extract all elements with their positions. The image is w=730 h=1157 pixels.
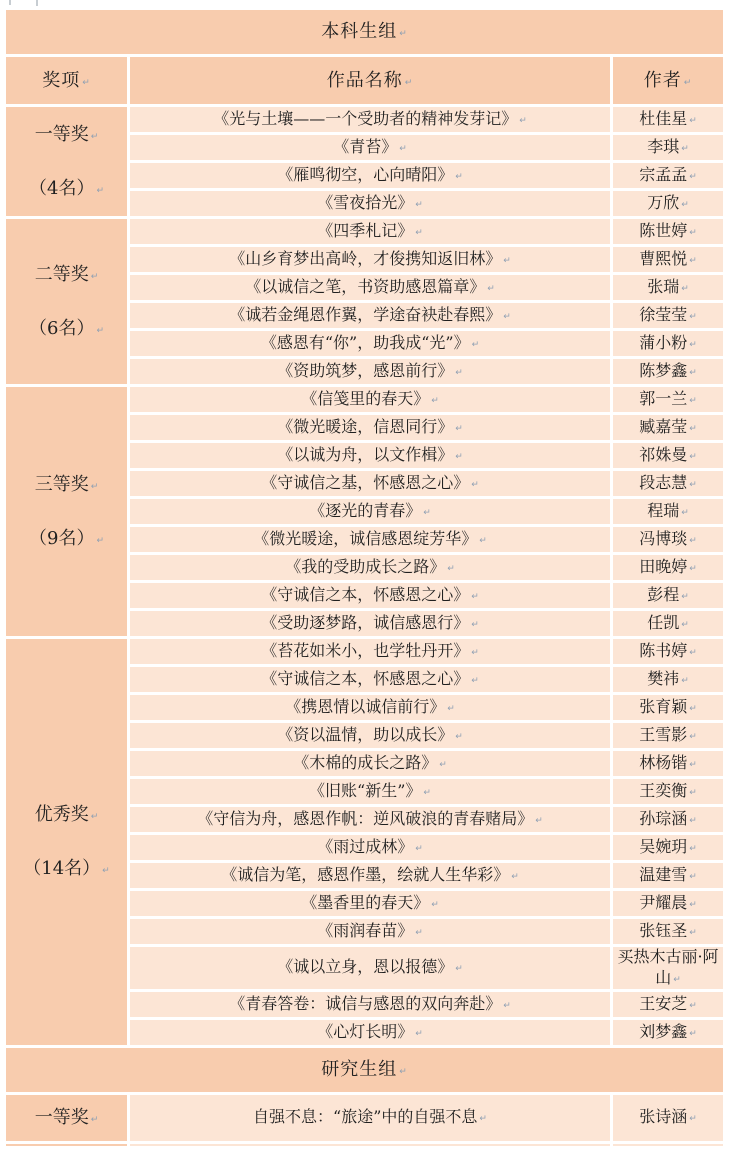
author-name: 樊祎 <box>647 669 679 688</box>
author-cell: 樊祎↵ <box>612 666 725 694</box>
end-of-cell-mark: ↵ <box>689 368 697 380</box>
author-cell: 蒲小粉↵ <box>612 330 725 358</box>
work-title-cell: 《资以温情，助以成长》↵ <box>129 722 612 750</box>
work-title: 《守诚信之本，怀感恩之心》 <box>261 585 469 604</box>
cutoff-next-row <box>5 1142 725 1146</box>
end-of-cell-mark: ↵ <box>91 1115 99 1127</box>
end-of-cell-mark: ↵ <box>471 676 479 688</box>
work-title: 《信笺里的春天》 <box>301 389 429 408</box>
author-cell: 杜佳星↵ <box>612 106 725 134</box>
work-title: 《雪夜拾光》 <box>317 193 413 212</box>
author-cell: 刘梦鑫↵ <box>612 1018 725 1046</box>
end-of-cell-mark: ↵ <box>689 704 697 716</box>
end-of-cell-mark: ↵ <box>673 975 681 987</box>
award-count: （6名）↵ <box>6 317 127 340</box>
work-title-cell: 《信笺里的春天》↵ <box>129 386 612 414</box>
end-of-cell-mark: ↵ <box>689 732 697 744</box>
group-band-graduate: 研究生组↵ <box>5 1046 725 1093</box>
work-title: 《受助逐梦路，诚信感恩行》 <box>261 613 469 632</box>
work-title-cell: 《光与土壤——一个受助者的精神发芽记》↵ <box>129 106 612 134</box>
end-of-cell-mark: ↵ <box>689 928 697 940</box>
table-row: 一等奖↵自强不息：“旅途”中的自强不息↵张诗涵↵ <box>5 1093 725 1142</box>
author-cell: 田晚婷↵ <box>612 554 725 582</box>
end-of-cell-mark: ↵ <box>511 872 519 884</box>
work-title: 《我的受助成长之路》 <box>285 557 445 576</box>
end-of-cell-mark: ↵ <box>503 312 511 324</box>
end-of-cell-mark: ↵ <box>423 788 431 800</box>
end-of-cell-mark: ↵ <box>455 732 463 744</box>
end-of-cell-mark: ↵ <box>415 228 423 240</box>
work-title: 《携恩情以诚信前行》 <box>285 697 445 716</box>
work-title-cell: 《守诚信之本，怀感恩之心》↵ <box>129 582 612 610</box>
author-cell: 王奕衡↵ <box>612 778 725 806</box>
author-name: 张诗涵 <box>639 1107 687 1126</box>
award-label: 三等奖↵ <box>6 473 127 496</box>
end-of-cell-mark: ↵ <box>102 866 110 878</box>
end-of-cell-mark: ↵ <box>447 704 455 716</box>
author-cell: 程瑞↵ <box>612 498 725 526</box>
cutoff-title-cell <box>129 1142 612 1146</box>
work-title: 《青苔》 <box>333 137 397 156</box>
end-of-cell-mark: ↵ <box>681 592 689 604</box>
author-name: 臧嘉莹 <box>639 417 687 436</box>
end-of-cell-mark: ↵ <box>681 620 689 632</box>
end-of-cell-mark: ↵ <box>479 1114 487 1126</box>
author-name: 宗孟孟 <box>639 165 687 184</box>
end-of-cell-mark: ↵ <box>455 452 463 464</box>
end-of-cell-mark: ↵ <box>689 116 697 128</box>
work-title-cell: 《诚信为笔，感恩作墨，绘就人生华彩》↵ <box>129 862 612 890</box>
work-title: 《诚以立身，恩以报德》 <box>277 957 453 976</box>
work-title-cell: 《雁鸣彻空，心向晴阳》↵ <box>129 162 612 190</box>
work-title-cell: 《守信为舟，感恩作帆：逆风破浪的青春赌局》↵ <box>129 806 612 834</box>
band-label: 研究生组 <box>321 1059 397 1080</box>
author-cell: 张育颖↵ <box>612 694 725 722</box>
author-name: 陈梦鑫 <box>639 361 687 380</box>
work-title-cell: 《墨香里的春天》↵ <box>129 890 612 918</box>
work-title-cell: 《四季札记》↵ <box>129 218 612 246</box>
work-title-cell: 《携恩情以诚信前行》↵ <box>129 694 612 722</box>
author-name: 吴婉玥 <box>639 837 687 856</box>
end-of-cell-mark: ↵ <box>689 1029 697 1041</box>
work-title: 《微光暖途，信恩同行》 <box>277 417 453 436</box>
end-of-cell-mark: ↵ <box>689 816 697 828</box>
author-cell: 林杨锴↵ <box>612 750 725 778</box>
end-of-cell-mark: ↵ <box>689 900 697 912</box>
end-of-cell-mark: ↵ <box>681 144 689 156</box>
author-cell: 买热木古丽·阿山↵ <box>612 946 725 991</box>
author-cell: 张钰圣↵ <box>612 918 725 946</box>
end-of-cell-mark: ↵ <box>472 340 480 352</box>
end-of-cell-mark: ↵ <box>399 29 408 41</box>
author-name: 张育颖 <box>639 697 687 716</box>
end-of-cell-mark: ↵ <box>82 78 91 90</box>
author-name: 任凯 <box>647 613 679 632</box>
author-cell: 宗孟孟↵ <box>612 162 725 190</box>
work-title: 《旧账“新生”》 <box>309 781 421 800</box>
work-title: 《守诚信之本，怀感恩之心》 <box>261 669 469 688</box>
end-of-cell-mark: ↵ <box>399 144 407 156</box>
work-title-cell: 《旧账“新生”》↵ <box>129 778 612 806</box>
author-cell: 孙琮涵↵ <box>612 806 725 834</box>
end-of-cell-mark: ↵ <box>455 368 463 380</box>
work-title: 《雨过成林》 <box>317 837 413 856</box>
author-name: 曹熙悦 <box>639 249 687 268</box>
award-label: 一等奖↵ <box>6 1106 127 1129</box>
author-cell: 陈世婷↵ <box>612 218 725 246</box>
end-of-cell-mark: ↵ <box>415 928 423 940</box>
end-of-cell-mark: ↵ <box>689 872 697 884</box>
author-name: 陈世婷 <box>639 221 687 240</box>
author-name: 张钰圣 <box>639 921 687 940</box>
author-name: 李琪 <box>647 137 679 156</box>
author-cell: 彭程↵ <box>612 582 725 610</box>
author-name: 段志慧 <box>639 473 687 492</box>
work-title-cell: 《苔花如米小，也学牡丹开》↵ <box>129 638 612 666</box>
author-cell: 徐莹莹↵ <box>612 302 725 330</box>
end-of-cell-mark: ↵ <box>487 284 495 296</box>
work-title: 《山乡育梦出高岭，才俊携知返旧林》 <box>229 249 501 268</box>
author-cell: 郭一兰↵ <box>612 386 725 414</box>
work-title-cell: 《资助筑梦，感恩前行》↵ <box>129 358 612 386</box>
award-count: （9名）↵ <box>6 527 127 550</box>
end-of-cell-mark: ↵ <box>689 480 697 492</box>
end-of-cell-mark: ↵ <box>96 186 104 198</box>
end-of-cell-mark: ↵ <box>415 844 423 856</box>
band-label: 本科生组 <box>321 21 397 42</box>
work-title-cell: 《雨过成林》↵ <box>129 834 612 862</box>
table-row: 二等奖↵（6名）↵《四季札记》↵陈世婷↵ <box>5 218 725 246</box>
end-of-cell-mark: ↵ <box>689 536 697 548</box>
end-of-cell-mark: ↵ <box>689 228 697 240</box>
work-title: 《雁鸣彻空，心向晴阳》 <box>277 165 453 184</box>
work-title-cell: 《青春答卷：诚信与感恩的双向奔赴》↵ <box>129 990 612 1018</box>
group-band-undergrad: 本科生组↵ <box>5 9 725 56</box>
table-row: 优秀奖↵（14名）↵《苔花如米小，也学牡丹开》↵陈书婷↵ <box>5 638 725 666</box>
end-of-cell-mark: ↵ <box>455 172 463 184</box>
author-name: 万欣 <box>647 193 679 212</box>
work-title: 《墨香里的春天》 <box>301 893 429 912</box>
award-cell: 三等奖↵（9名）↵ <box>5 386 129 638</box>
work-title-cell: 《雨润春苗》↵ <box>129 918 612 946</box>
award-cell: 一等奖↵（4名）↵ <box>5 106 129 218</box>
work-title: 《诚信为笔，感恩作墨，绘就人生华彩》 <box>221 865 509 884</box>
end-of-cell-mark: ↵ <box>91 482 99 494</box>
award-label: 二等奖↵ <box>6 263 127 286</box>
work-title: 《逐光的青春》 <box>309 501 421 520</box>
table-row: 三等奖↵（9名）↵《信笺里的春天》↵郭一兰↵ <box>5 386 725 414</box>
work-title: 《心灯长明》 <box>317 1022 413 1041</box>
work-title: 《微光暖途，诚信感恩绽芳华》 <box>253 529 477 548</box>
work-title-cell: 《山乡育梦出高岭，才俊携知返旧林》↵ <box>129 246 612 274</box>
end-of-cell-mark: ↵ <box>439 760 447 772</box>
award-count: （4名）↵ <box>6 177 127 200</box>
work-title-cell: 《守诚信之基，怀感恩之心》↵ <box>129 470 612 498</box>
work-title: 《感恩有“你”，助我成“光”》 <box>261 333 470 352</box>
end-of-cell-mark: ↵ <box>431 396 439 408</box>
award-cell: 二等奖↵（6名）↵ <box>5 218 129 386</box>
end-of-cell-mark: ↵ <box>535 816 543 828</box>
award-label: 一等奖↵ <box>6 123 127 146</box>
end-of-cell-mark: ↵ <box>447 564 455 576</box>
end-of-cell-mark: ↵ <box>689 844 697 856</box>
end-of-cell-mark: ↵ <box>689 312 697 324</box>
band-row-graduate: 研究生组↵ <box>5 1046 725 1093</box>
author-cell: 冯博琰↵ <box>612 526 725 554</box>
work-title: 《资助筑梦，感恩前行》 <box>277 361 453 380</box>
work-title: 《苔花如米小，也学牡丹开》 <box>261 641 469 660</box>
end-of-cell-mark: ↵ <box>471 480 479 492</box>
end-of-cell-mark: ↵ <box>503 1001 511 1013</box>
author-name: 冯博琰 <box>639 529 687 548</box>
author-cell: 祁姝曼↵ <box>612 442 725 470</box>
awards-table: 本科生组↵ 奖项↵ 作品名称↵ 作者↵ 一等奖↵（4名）↵《光与土壤——一个受助… <box>3 7 726 1146</box>
author-cell: 陈梦鑫↵ <box>612 358 725 386</box>
work-title: 《守诚信之基，怀感恩之心》 <box>261 473 469 492</box>
work-title: 《木棉的成长之路》 <box>293 753 437 772</box>
end-of-cell-mark: ↵ <box>689 172 697 184</box>
author-name: 田晚婷 <box>639 557 687 576</box>
end-of-cell-mark: ↵ <box>681 200 689 212</box>
work-title: 《守信为舟，感恩作帆：逆风破浪的青春赌局》 <box>197 809 533 828</box>
end-of-cell-mark: ↵ <box>91 272 99 284</box>
author-name: 林杨锴 <box>639 753 687 772</box>
column-header-award: 奖项↵ <box>5 56 129 106</box>
end-of-cell-mark: ↵ <box>689 452 697 464</box>
author-cell: 吴婉玥↵ <box>612 834 725 862</box>
page-edge-artifact <box>9 0 11 5</box>
end-of-cell-mark: ↵ <box>689 396 697 408</box>
work-title-cell: 《守诚信之本，怀感恩之心》↵ <box>129 666 612 694</box>
author-name: 杜佳星 <box>639 109 687 128</box>
band-row-undergrad: 本科生组↵ <box>5 9 725 56</box>
author-name: 尹耀晨 <box>639 893 687 912</box>
end-of-cell-mark: ↵ <box>96 536 104 548</box>
author-name: 陈书婷 <box>639 641 687 660</box>
author-cell: 王安芝↵ <box>612 990 725 1018</box>
author-name: 彭程 <box>647 585 679 604</box>
author-cell: 李琪↵ <box>612 134 725 162</box>
end-of-cell-mark: ↵ <box>519 116 527 128</box>
author-cell: 曹熙悦↵ <box>612 246 725 274</box>
work-title: 《四季札记》 <box>317 221 413 240</box>
work-title-cell: 《受助逐梦路，诚信感恩行》↵ <box>129 610 612 638</box>
work-title-cell: 《青苔》↵ <box>129 134 612 162</box>
end-of-cell-mark: ↵ <box>689 424 697 436</box>
work-title-cell: 《微光暖途，信恩同行》↵ <box>129 414 612 442</box>
cutoff-author-cell <box>612 1142 725 1146</box>
author-name: 祁姝曼 <box>639 445 687 464</box>
end-of-cell-mark: ↵ <box>96 326 104 338</box>
work-title: 《以诚为舟，以文作楫》 <box>277 445 453 464</box>
end-of-cell-mark: ↵ <box>455 964 463 976</box>
work-title-cell: 《诚若金绳恩作翼，学途奋袂赴春熙》↵ <box>129 302 612 330</box>
author-name: 买热木古丽·阿山 <box>617 947 718 987</box>
end-of-cell-mark: ↵ <box>684 78 693 90</box>
author-cell: 尹耀晨↵ <box>612 890 725 918</box>
author-name: 程瑞 <box>647 501 679 520</box>
column-header-row: 奖项↵ 作品名称↵ 作者↵ <box>5 56 725 106</box>
author-cell: 张诗涵↵ <box>612 1093 725 1142</box>
award-label: 优秀奖↵ <box>6 803 127 826</box>
end-of-cell-mark: ↵ <box>471 648 479 660</box>
work-title-cell: 《以诚信之笔，书资助感恩篇章》↵ <box>129 274 612 302</box>
end-of-cell-mark: ↵ <box>689 1114 697 1126</box>
page-edge-artifact <box>36 0 38 6</box>
award-cell: 优秀奖↵（14名）↵ <box>5 638 129 1047</box>
author-name: 孙琮涵 <box>639 809 687 828</box>
author-name: 王奕衡 <box>639 781 687 800</box>
author-name: 张瑞 <box>647 277 679 296</box>
column-header-title: 作品名称↵ <box>129 56 612 106</box>
work-title-cell: 《感恩有“你”，助我成“光”》↵ <box>129 330 612 358</box>
author-name: 蒲小粉 <box>639 333 687 352</box>
end-of-cell-mark: ↵ <box>415 200 423 212</box>
author-cell: 臧嘉莹↵ <box>612 414 725 442</box>
work-title: 自强不息：“旅途”中的自强不息 <box>253 1107 477 1126</box>
author-cell: 万欣↵ <box>612 190 725 218</box>
award-count: （14名）↵ <box>6 857 127 880</box>
author-cell: 陈书婷↵ <box>612 638 725 666</box>
author-name: 徐莹莹 <box>639 305 687 324</box>
table-row: 一等奖↵（4名）↵《光与土壤——一个受助者的精神发芽记》↵杜佳星↵ <box>5 106 725 134</box>
end-of-cell-mark: ↵ <box>405 78 414 90</box>
award-cell: 一等奖↵ <box>5 1093 129 1142</box>
author-cell: 王雪影↵ <box>612 722 725 750</box>
end-of-cell-mark: ↵ <box>431 900 439 912</box>
author-name: 刘梦鑫 <box>639 1022 687 1041</box>
work-title-cell: 《微光暖途，诚信感恩绽芳华》↵ <box>129 526 612 554</box>
author-cell: 张瑞↵ <box>612 274 725 302</box>
work-title-cell: 《逐光的青春》↵ <box>129 498 612 526</box>
end-of-cell-mark: ↵ <box>423 508 431 520</box>
work-title: 《资以温情，助以成长》 <box>277 725 453 744</box>
work-title: 《以诚信之笔，书资助感恩篇章》 <box>245 277 485 296</box>
end-of-cell-mark: ↵ <box>681 284 689 296</box>
work-title: 《雨润春苗》 <box>317 921 413 940</box>
end-of-cell-mark: ↵ <box>455 424 463 436</box>
author-cell: 任凯↵ <box>612 610 725 638</box>
end-of-cell-mark: ↵ <box>689 648 697 660</box>
end-of-cell-mark: ↵ <box>471 620 479 632</box>
graduate-rows: 一等奖↵自强不息：“旅途”中的自强不息↵张诗涵↵ <box>5 1093 725 1142</box>
work-title-cell: 《心灯长明》↵ <box>129 1018 612 1046</box>
end-of-cell-mark: ↵ <box>503 256 511 268</box>
end-of-cell-mark: ↵ <box>681 676 689 688</box>
cutoff-award-cell <box>5 1142 129 1146</box>
end-of-cell-mark: ↵ <box>689 760 697 772</box>
end-of-cell-mark: ↵ <box>471 592 479 604</box>
work-title-cell: 《雪夜拾光》↵ <box>129 190 612 218</box>
author-cell: 温建雪↵ <box>612 862 725 890</box>
author-name: 温建雪 <box>639 865 687 884</box>
end-of-cell-mark: ↵ <box>399 1067 408 1079</box>
work-title: 《青春答卷：诚信与感恩的双向奔赴》 <box>229 994 501 1013</box>
end-of-cell-mark: ↵ <box>415 1029 423 1041</box>
end-of-cell-mark: ↵ <box>689 340 697 352</box>
work-title: 《诚若金绳恩作翼，学途奋袂赴春熙》 <box>229 305 501 324</box>
end-of-cell-mark: ↵ <box>681 508 689 520</box>
column-header-author: 作者↵ <box>612 56 725 106</box>
author-cell: 段志慧↵ <box>612 470 725 498</box>
work-title-cell: 自强不息：“旅途”中的自强不息↵ <box>129 1093 612 1142</box>
end-of-cell-mark: ↵ <box>689 564 697 576</box>
end-of-cell-mark: ↵ <box>91 812 99 824</box>
author-name: 郭一兰 <box>639 389 687 408</box>
work-title-cell: 《木棉的成长之路》↵ <box>129 750 612 778</box>
end-of-cell-mark: ↵ <box>689 256 697 268</box>
work-title: 《光与土壤——一个受助者的精神发芽记》 <box>213 109 517 128</box>
work-title-cell: 《我的受助成长之路》↵ <box>129 554 612 582</box>
undergrad-rows: 一等奖↵（4名）↵《光与土壤——一个受助者的精神发芽记》↵杜佳星↵《青苔》↵李琪… <box>5 106 725 1047</box>
end-of-cell-mark: ↵ <box>91 132 99 144</box>
work-title-cell: 《诚以立身，恩以报德》↵ <box>129 946 612 991</box>
author-name: 王雪影 <box>639 725 687 744</box>
work-title-cell: 《以诚为舟，以文作楫》↵ <box>129 442 612 470</box>
end-of-cell-mark: ↵ <box>479 536 487 548</box>
end-of-cell-mark: ↵ <box>689 788 697 800</box>
end-of-cell-mark: ↵ <box>689 1001 697 1013</box>
author-name: 王安芝 <box>639 994 687 1013</box>
